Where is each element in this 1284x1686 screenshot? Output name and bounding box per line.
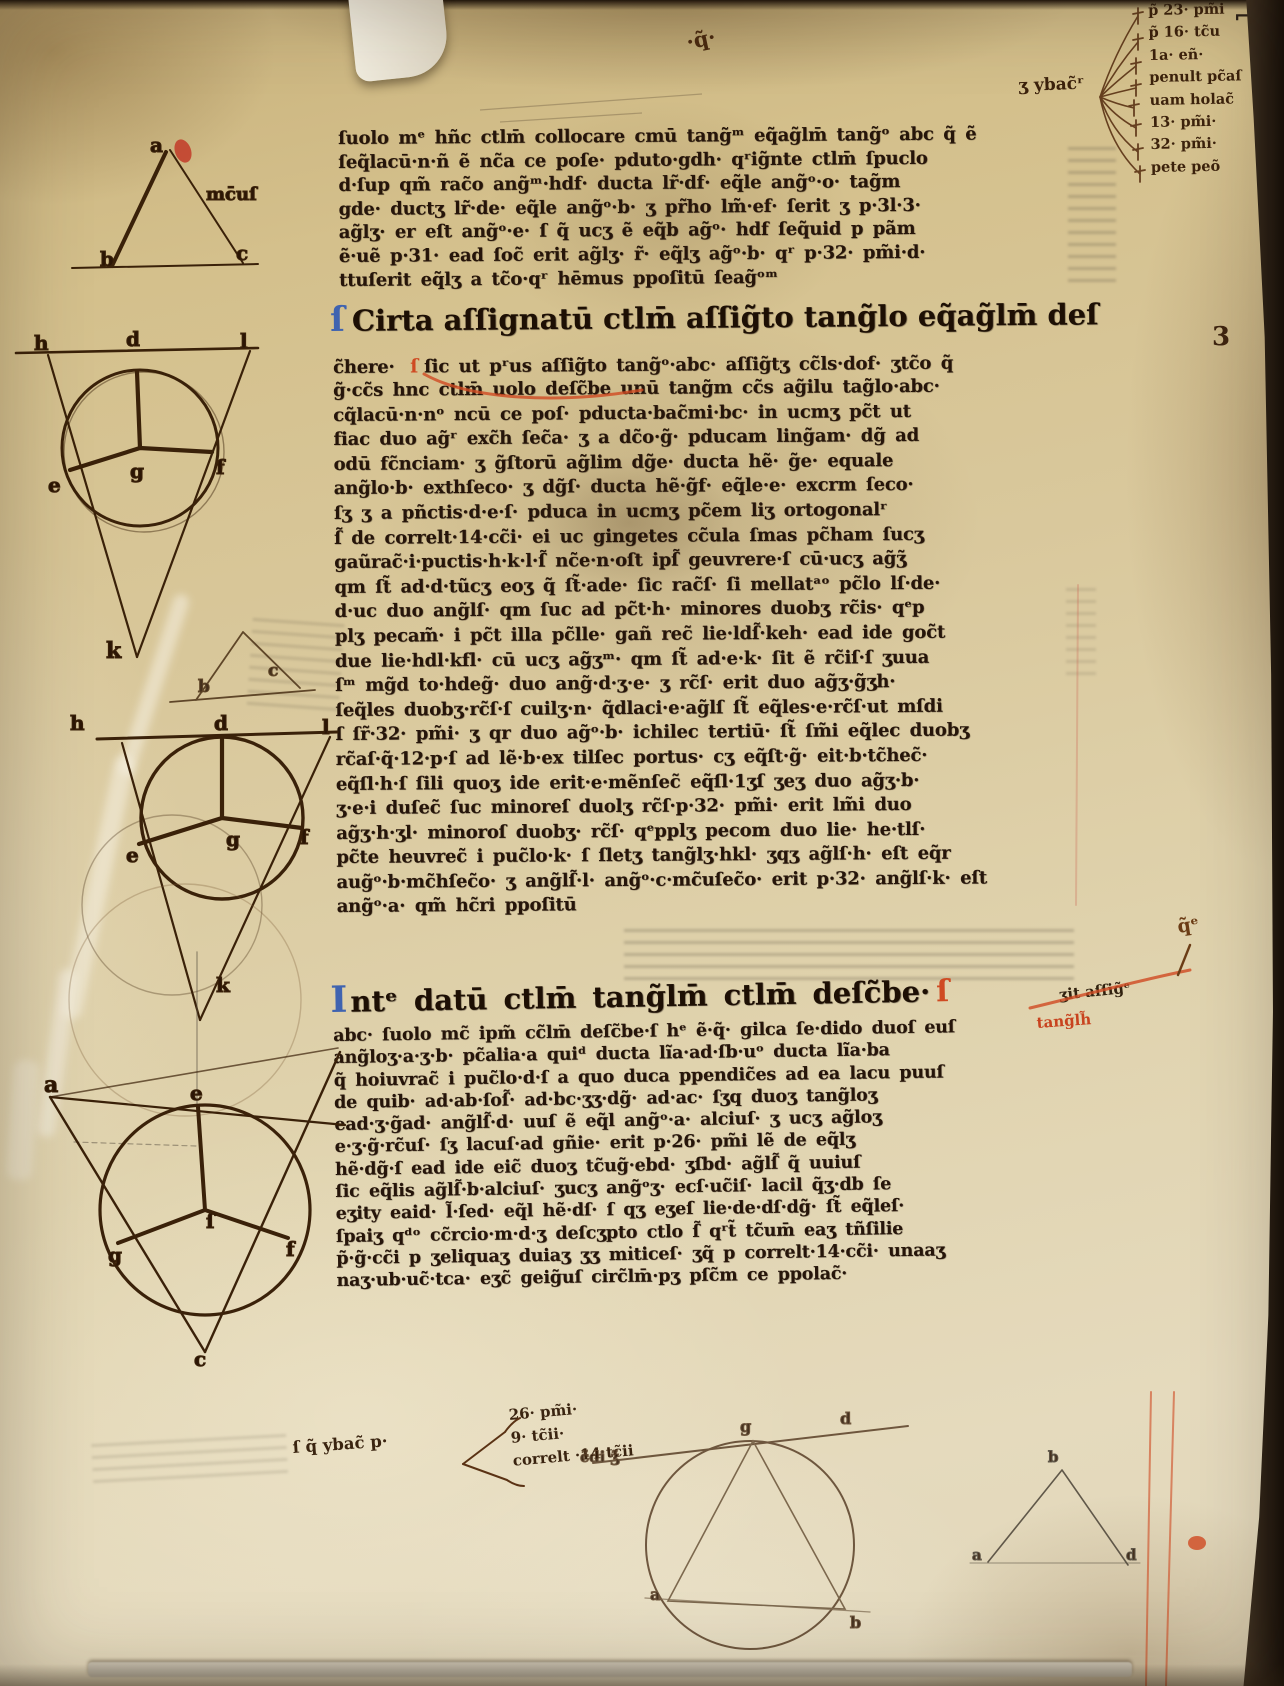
d1-note: mc̄uſ [206, 184, 258, 205]
bookmark-tab [347, 0, 450, 83]
d6-label-apex: b [1048, 1448, 1059, 1466]
d3-triangle-with-circle: h d l e g f k [69, 711, 337, 1116]
bleedthrough-text [1068, 142, 1116, 282]
red-paraph-mark: ſ [936, 973, 950, 1009]
d5-label-bottom-right: b [850, 1613, 861, 1632]
d6-faint-triangle: b a d [970, 1448, 1140, 1565]
ghost-circle [69, 884, 301, 1116]
rubric-heading-2: Intᵉ datū ctlm̄ tang̃lm̄ ctlm̄ deſc̃be·ſ [330, 967, 956, 1021]
red-ruling-line [1146, 1392, 1151, 1686]
text-line: pete peõ [1151, 157, 1244, 181]
d3-label-b: b [198, 677, 210, 697]
page-top-edge-shadow [0, 0, 1284, 10]
margin-note-dark: ʒit aſſig̃ᵉ [1058, 978, 1131, 1003]
text-line: ang̃ᵒ·a· qm̃ hc̃ri ppoſitū [337, 892, 988, 921]
d3-small-triangle: b c [170, 632, 315, 702]
text-line: 13· pm̃i· [1150, 112, 1243, 136]
d2-label-g: g [130, 459, 144, 483]
text-line: 1a· eñ· [1149, 45, 1242, 69]
ruling-scratch [480, 94, 702, 122]
text-line: uam holac̃ [1150, 90, 1243, 114]
d1-label-c: c [236, 241, 248, 265]
d5-label-bottom-left: a [650, 1585, 660, 1604]
d2-label-e: e [48, 473, 61, 497]
bleedthrough-text [1066, 580, 1096, 675]
d2-label-d: d [126, 327, 140, 351]
top-right-gloss-references: p̃ 23· pm̃ip̃ 16· tc̃u1a· eñ·penult pc̃a… [1148, 0, 1243, 181]
reference-fan-brace [1100, 8, 1145, 182]
red-paraph-mark: ſ [410, 355, 418, 377]
d1-label-a: a [150, 133, 163, 157]
d3-label-e: e [126, 843, 139, 867]
red-ruling-line [1166, 1392, 1174, 1686]
bottom-note-intro: ſ q̃ ybac̃ p· [292, 1431, 388, 1457]
paragraph-3: abc· ſuolo mc̃ ipm̃ cc̃lm̄ deſc̃be·ſ hᵉ … [333, 1017, 959, 1293]
construction-line [74, 1142, 196, 1146]
query-descender [1178, 945, 1190, 975]
text-line: ttuſerit eq̃lʒ a tc̃o·qʳ hēmus ppoſitū ſ… [339, 265, 978, 293]
d4-label-g: g [108, 1243, 122, 1267]
d3-label-g: g [226, 827, 240, 851]
page-bottom-edge-shadow [0, 1664, 1284, 1686]
d6-label-left: a [972, 1546, 982, 1564]
d3-label-l: l [322, 715, 330, 739]
paragraph-2: g̃·cc̃s hnc ctlm̄ uolo deſc̃be unū tang̃… [333, 375, 987, 921]
d4-label-center: ſ [206, 1209, 216, 1233]
bleedthrough-text [247, 609, 345, 711]
line-fragment: ſic ut pʳus aſſig̃to tang̃ᵒ·abc· aſſig̃t… [424, 353, 953, 378]
text-line: p̃ 23· pm̃i [1148, 0, 1241, 24]
text-line: p̃ 16· tc̃u [1148, 23, 1241, 47]
margin-note-red: tang̃lh̃ [1036, 1010, 1092, 1032]
d3-label-k: k [216, 973, 231, 997]
blue-initial: I [330, 978, 348, 1021]
d1-triangle-abc: a b c mc̄uſ [72, 133, 258, 271]
parchment-crease [60, 753, 136, 1021]
d3-label-f: f [300, 825, 310, 849]
d2-label-h: h [34, 331, 49, 355]
text-line: penult pc̃aſ [1149, 68, 1242, 92]
red-ink-smudge [171, 137, 194, 165]
parchment-crease [6, 1059, 40, 1181]
bottom-note-references: 26· pm̃i·9· tc̃ii·correlt ·14 tc̃ii [508, 1395, 635, 1474]
folio-number: 3 [1212, 322, 1230, 352]
d3-label-d: d [214, 711, 228, 735]
quire-mark: ·q̃· [684, 24, 718, 55]
d3-label-c: c [268, 661, 278, 681]
d4-triangle-with-circle: a e ſ g f c [44, 952, 345, 1371]
rubric-2-text: ntᵉ datū ctlm̄ tang̃lm̄ ctlm̄ deſc̃be· [350, 975, 930, 1019]
rubric-1-text: Cirta aſſignatū ctlm̄ aſſig̃to tang̃lo e… [352, 297, 1099, 338]
manuscript-page: ſuolo mᵉ hñc ctlm̄ collocare cmū tang̃ᵐ … [0, 0, 1284, 1686]
paragraph-1: ſuolo mᵉ hñc ctlm̄ collocare cmū tang̃ᵐ … [338, 124, 978, 294]
d4-label-a: a [44, 1072, 58, 1098]
d2-label-k: k [106, 638, 122, 664]
d2-triangle-with-circle: h d l e g f k [16, 327, 258, 664]
d4-label-c: c [194, 1347, 206, 1371]
blue-paraph-mark: ſ [330, 300, 345, 340]
parchment-crease [36, 968, 77, 1139]
d4-label-e: e [190, 1081, 203, 1105]
brace-ticks [1129, 8, 1145, 182]
parchment-crease [117, 592, 191, 778]
rubric-heading-1: ſCirta aſſignatū ctlm̄ aſſig̃to tang̃lo … [330, 293, 1099, 340]
d5-label-apex: g [740, 1417, 751, 1436]
top-right-gloss-intro: ʒ ybac̃ʳ [1018, 74, 1084, 96]
margin-query-mark: q̃ᵉ [1176, 913, 1201, 938]
d5-label-right: d [840, 1409, 851, 1428]
red-ink-blot [1188, 1536, 1206, 1550]
d4-label-f: f [286, 1237, 296, 1261]
d6-label-right: d [1126, 1546, 1137, 1564]
d3-label-h: h [70, 711, 85, 735]
underlying-page-edge [88, 1662, 1132, 1677]
d2-label-l: l [240, 329, 248, 353]
d1-label-b: b [100, 247, 114, 271]
d2-label-f: f [216, 455, 226, 479]
faint-red-line [1076, 585, 1078, 905]
bleedthrough-text [91, 1427, 288, 1483]
line-fragment: c̃here· [333, 357, 404, 378]
ghost-circle [82, 815, 262, 995]
photo-dark-edge [1238, 0, 1284, 1686]
text-line: 32· pm̃i· [1150, 135, 1243, 159]
